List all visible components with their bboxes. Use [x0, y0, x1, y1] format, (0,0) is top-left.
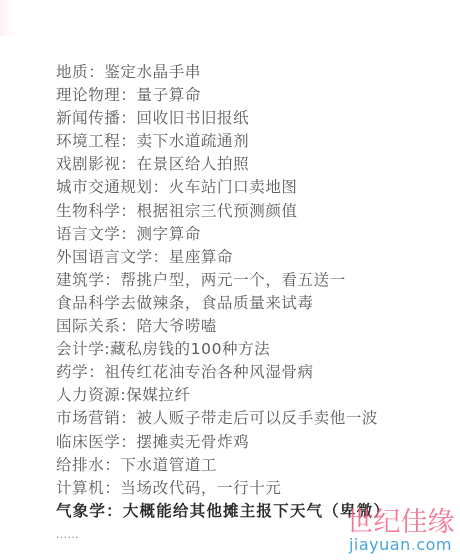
job-text: 鉴定水晶手串 — [104, 63, 201, 81]
separator: ： — [104, 456, 120, 474]
separator: ： — [120, 225, 136, 243]
job-text: 食品质量来试毒 — [201, 294, 314, 312]
job-text: 火车站门口卖地图 — [169, 178, 298, 196]
separator: ： — [120, 409, 136, 427]
separator: ： — [106, 502, 123, 520]
job-text: 量子算命 — [137, 86, 201, 104]
major-label: 给排水 — [56, 456, 104, 474]
major-label: 地质 — [56, 63, 88, 81]
list-item: 给排水：下水道管道工 — [56, 454, 456, 477]
list-item: 国际关系：陪大爷唠嗑 — [56, 315, 456, 338]
separator: ： — [104, 271, 120, 289]
separator: ： — [120, 132, 136, 150]
separator: ： — [120, 155, 136, 173]
job-text: 帮挑户型，两元一个，看五送一 — [120, 271, 345, 289]
major-label: 计算机 — [56, 479, 104, 497]
job-text: 在景区给人拍照 — [137, 155, 250, 173]
watermark-chinese: 世纪佳缘 — [343, 508, 458, 538]
job-text: 陪大爷唠嗑 — [137, 317, 218, 335]
major-label: 会计学 — [56, 340, 104, 358]
job-text: 当场改代码，一行十元 — [120, 479, 281, 497]
list-item: 会计学:藏私房钱的100种方法 — [56, 338, 456, 361]
list-item: 食品科学去做辣条，食品质量来试毒 — [56, 292, 456, 315]
major-label: 语言文学 — [56, 225, 120, 243]
job-text: 测字算命 — [137, 225, 201, 243]
separator: ： — [120, 109, 136, 127]
watermark-domain: jiayuan.com — [343, 537, 458, 553]
list-item: 环境工程：卖下水道疏通剂 — [56, 130, 456, 153]
job-text: 下水道管道工 — [120, 456, 217, 474]
major-label: 建筑学 — [56, 271, 104, 289]
major-label: 戏剧影视 — [56, 155, 120, 173]
major-label: 食品科学去做辣条 — [56, 294, 185, 312]
major-label: 药学 — [56, 363, 88, 381]
major-label: 气象学 — [56, 502, 106, 520]
major-label: 城市交通规划 — [56, 178, 153, 196]
major-label: 理论物理 — [56, 86, 120, 104]
separator: ： — [120, 202, 136, 220]
major-label: 环境工程 — [56, 132, 120, 150]
list-item: 地质：鉴定水晶手串 — [56, 61, 456, 84]
separator: ： — [120, 433, 136, 451]
ellipsis: …… — [56, 528, 79, 541]
separator: ： — [120, 86, 136, 104]
watermark-logo: 世纪佳缘 jiayuan.com — [343, 508, 458, 553]
job-text: 藏私房钱的100种方法 — [110, 340, 270, 358]
separator: ： — [104, 479, 120, 497]
list-item: 临床医学：摆摊卖无骨炸鸡 — [56, 431, 456, 454]
job-text: 星座算命 — [169, 248, 233, 266]
separator: ， — [185, 294, 201, 312]
job-text: 根据祖宗三代预测颜值 — [137, 202, 298, 220]
job-text: 摆摊卖无骨炸鸡 — [137, 433, 250, 451]
separator: ： — [120, 317, 136, 335]
list-item: 计算机：当场改代码，一行十元 — [56, 477, 456, 500]
list-item: 城市交通规划：火车站门口卖地图 — [56, 176, 456, 199]
major-label: 生物科学 — [56, 202, 120, 220]
job-text: 祖传红花油专治各种风湿骨病 — [104, 363, 313, 381]
list-item: 人力资源:保媒拉纤 — [56, 384, 456, 407]
list-item: 外国语言文学：星座算命 — [56, 246, 456, 269]
job-text: 被人贩子带走后可以反手卖他一波 — [137, 409, 379, 427]
corner-tint — [0, 0, 14, 36]
list-item: 生物科学：根据祖宗三代预测颜值 — [56, 200, 456, 223]
job-text: 保媒拉纤 — [126, 386, 190, 404]
major-job-list: 地质：鉴定水晶手串 理论物理：量子算命 新闻传播：回收旧书旧报纸 环境工程：卖下… — [56, 61, 456, 523]
list-item: 药学：祖传红花油专治各种风湿骨病 — [56, 361, 456, 384]
major-label: 市场营销 — [56, 409, 120, 427]
major-label: 人力资源 — [56, 386, 120, 404]
list-item: 戏剧影视：在景区给人拍照 — [56, 153, 456, 176]
separator: ： — [153, 248, 169, 266]
list-item: 理论物理：量子算命 — [56, 84, 456, 107]
major-label: 国际关系 — [56, 317, 120, 335]
major-label: 新闻传播 — [56, 109, 120, 127]
list-item: 语言文学：测字算命 — [56, 223, 456, 246]
list-item: 市场营销：被人贩子带走后可以反手卖他一波 — [56, 407, 456, 430]
list-item: 新闻传播：回收旧书旧报纸 — [56, 107, 456, 130]
job-text: 卖下水道疏通剂 — [137, 132, 250, 150]
major-label: 临床医学 — [56, 433, 120, 451]
list-item: 建筑学：帮挑户型，两元一个，看五送一 — [56, 269, 456, 292]
major-label: 外国语言文学 — [56, 248, 153, 266]
separator: ： — [88, 63, 104, 81]
separator: ： — [88, 363, 104, 381]
separator: ： — [153, 178, 169, 196]
job-text: 回收旧书旧报纸 — [137, 109, 250, 127]
